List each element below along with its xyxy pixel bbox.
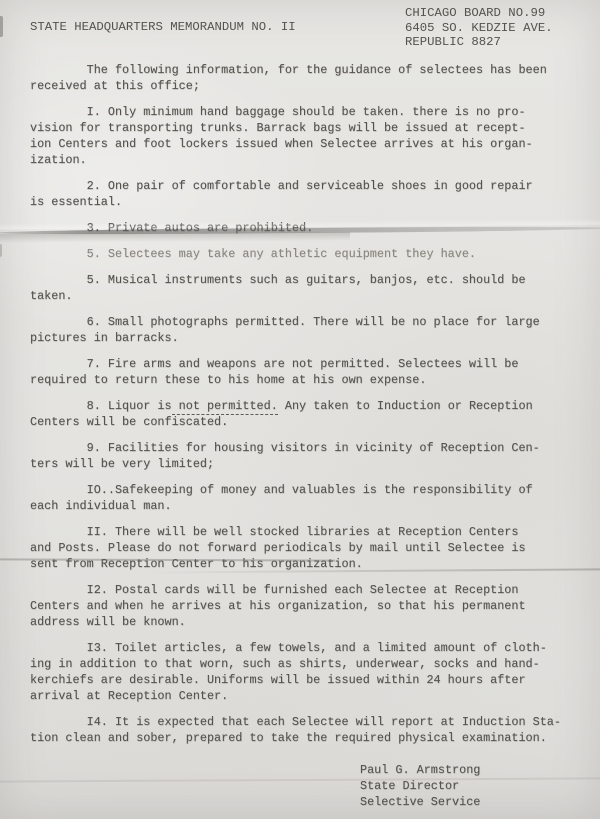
memo-item-5: 5. Musical instruments such as guitars, … <box>30 272 580 304</box>
board-address-block: CHICAGO BOARD NO.99 6405 SO. KEDZIE AVE.… <box>405 6 553 50</box>
memo-item-9: 9. Facilities for housing visitors in vi… <box>30 440 580 472</box>
memo-content: STATE HEADQUARTERS MEMORANDUM NO. II CHI… <box>0 0 600 810</box>
memo-item-3: 3. Private autos are prohibited. <box>30 220 580 236</box>
memo-title: STATE HEADQUARTERS MEMORANDUM NO. II <box>30 20 296 35</box>
memo-item-6: 6. Small photographs permitted. There wi… <box>30 314 580 346</box>
memo-item-11: II. There will be well stocked libraries… <box>30 524 580 572</box>
item8-text-before: 8. Liquor is <box>30 399 172 413</box>
signature-block: Paul G. Armstrong State Director Selecti… <box>360 762 580 810</box>
memo-item-7: 7. Fire arms and weapons are not permitt… <box>30 356 580 388</box>
board-phone: REPUBLIC 8827 <box>405 35 553 50</box>
board-address: 6405 SO. KEDZIE AVE. <box>405 21 553 36</box>
memo-item-4: 5. Selectees may take any athletic equip… <box>30 246 580 262</box>
signature-name: Paul G. Armstrong <box>360 762 580 778</box>
memo-page: STATE HEADQUARTERS MEMORANDUM NO. II CHI… <box>0 0 600 819</box>
memo-item-2: 2. One pair of comfortable and serviceab… <box>30 178 580 210</box>
memo-item-14: I4. It is expected that each Selectee wi… <box>30 714 580 746</box>
memo-item-10: IO..Safekeeping of money and valuables i… <box>30 482 580 514</box>
intro-paragraph: The following information, for the guida… <box>30 62 580 94</box>
board-name: CHICAGO BOARD NO.99 <box>405 6 553 21</box>
memo-item-13: I3. Toilet articles, a few towels, and a… <box>30 640 580 704</box>
memo-header: STATE HEADQUARTERS MEMORANDUM NO. II CHI… <box>30 6 580 56</box>
memo-item-1: I. Only minimum hand baggage should be t… <box>30 104 580 168</box>
item8-underlined-phrase: not permitted. <box>172 399 278 415</box>
signature-org: Selective Service <box>360 794 580 810</box>
memo-item-8: 8. Liquor is not permitted. Any taken to… <box>30 398 580 430</box>
signature-title: State Director <box>360 778 580 794</box>
memo-item-12: I2. Postal cards will be furnished each … <box>30 582 580 630</box>
